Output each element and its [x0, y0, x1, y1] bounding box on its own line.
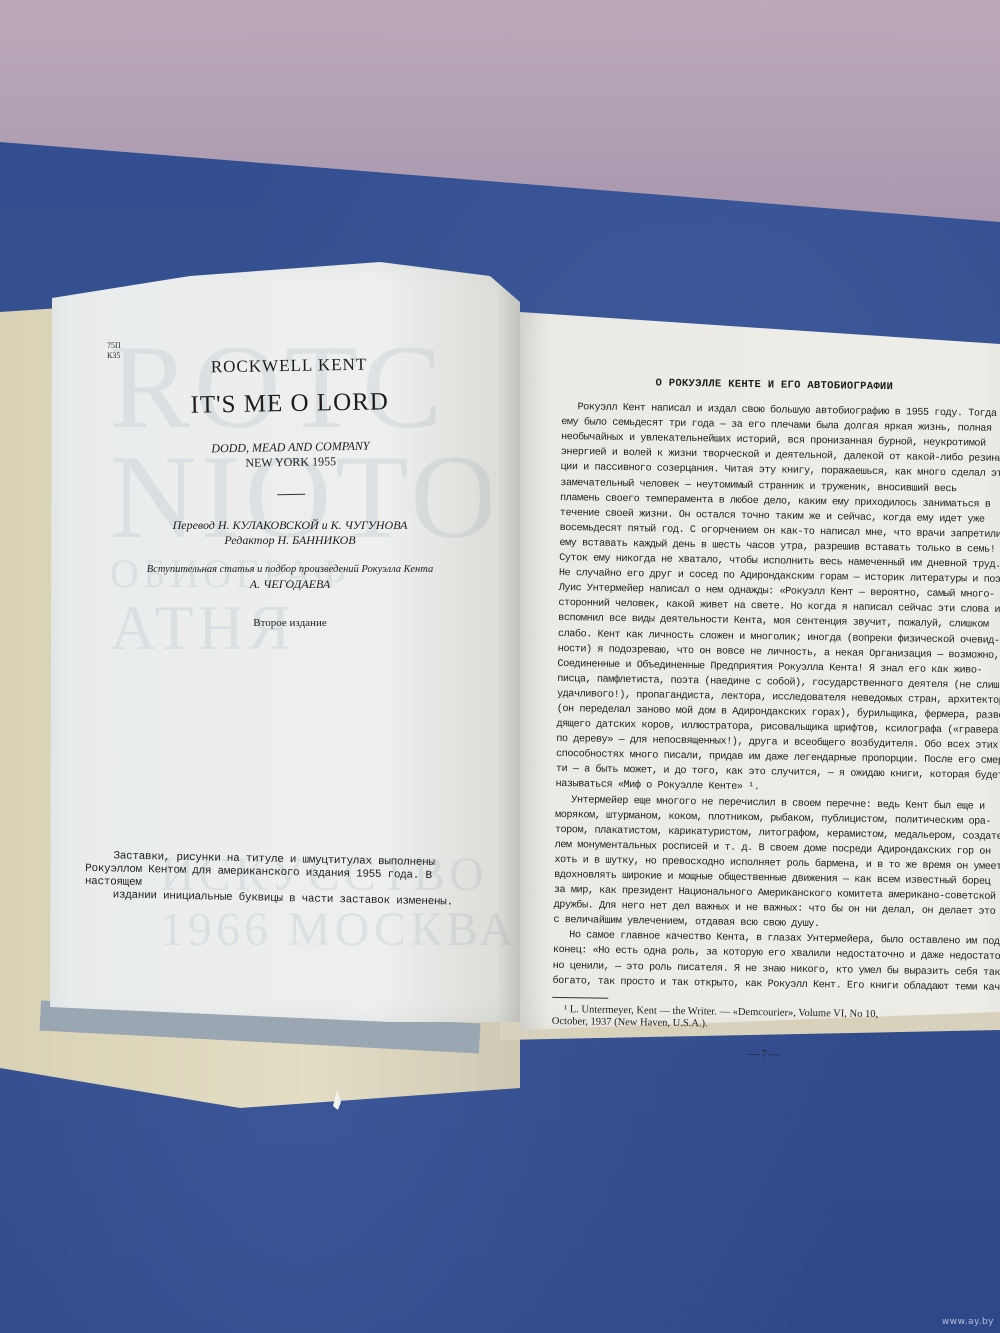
illustration-colophon: Заставки, рисунки на титуле и шмуцтитула… — [84, 850, 485, 910]
translation-credits: Перевод Н. КУЛАКОВСКОЙ и К. ЧУГУНОВА Ред… — [90, 518, 490, 592]
author-name: ROCKWELL KENT — [89, 353, 489, 380]
translators-credit: Перевод Н. КУЛАКОВСКОЙ и К. ЧУГУНОВА — [90, 518, 490, 533]
title-page-header: ROCKWELL KENT IT'S ME O LORD DODD, MEAD … — [89, 345, 492, 499]
paragraph-2: Унтермейер еще многого не перечислил в с… — [553, 792, 980, 935]
shelf-code-line: 75П — [107, 341, 121, 351]
paragraph-3: Но самое главное качество Кента, в глаза… — [552, 928, 978, 995]
footnote: ¹ L. Untermeyer, Kent — the Writer. — «D… — [552, 1004, 977, 1035]
intro-credit: Вступительная статья и подбор произведен… — [90, 562, 490, 577]
article-text: О РОКУЭЛЛЕ КЕНТЕ И ЕГО АВТОБИОГРАФИИ Рок… — [551, 375, 987, 1065]
edition-label: Второе издание — [90, 617, 490, 629]
site-watermark: www.ay.by — [942, 1317, 994, 1327]
intro-author: А. ЧЕГОДАЕВА — [90, 577, 490, 592]
footnote-rule — [552, 997, 608, 999]
paragraph-1: Рокуэлл Кент написал и издал свою большу… — [555, 400, 986, 799]
book-title: IT'S ME O LORD — [89, 387, 489, 422]
publisher-info: DODD, MEAD AND COMPANY NEW YORK 1955 — [90, 437, 490, 474]
editor-credit: Редактор Н. БАННИКОВ — [90, 533, 490, 548]
